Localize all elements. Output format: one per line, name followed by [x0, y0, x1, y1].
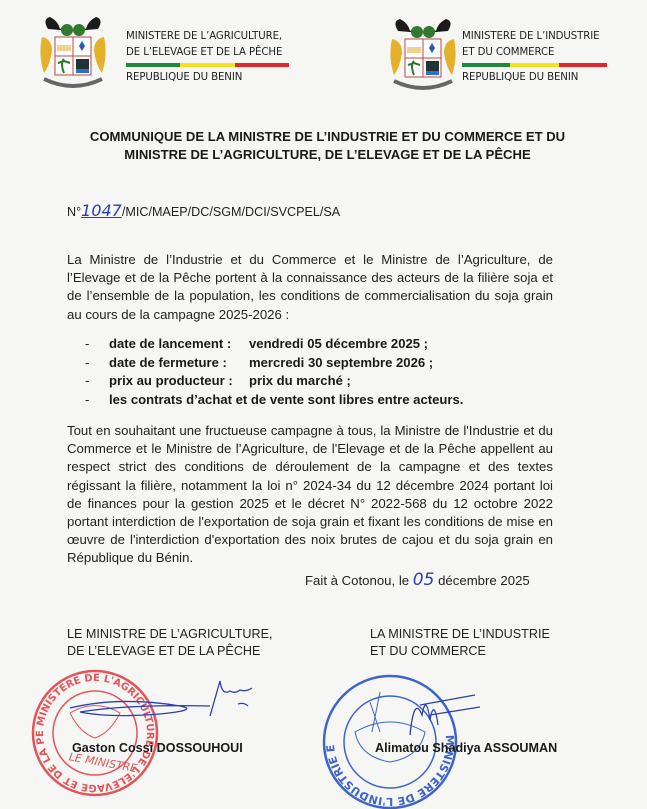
left-coat-of-arms — [38, 15, 108, 93]
title-line2: MINISTRE DE L’AGRICULTURE, DE L’ELEVAGE … — [40, 146, 615, 164]
place-date: Fait à Cotonou, le 05 décembre 2025 — [305, 570, 530, 590]
benin-coat-of-arms-icon — [38, 15, 108, 93]
list-item: -prix au producteur :prix du marché ; — [85, 372, 463, 391]
handwritten-day: 05 — [413, 570, 435, 590]
list-item: -date de lancement :vendredi 05 décembre… — [85, 335, 463, 354]
handwritten-number: 1047 — [81, 201, 122, 220]
left-ministry-line1: MINISTERE DE L’AGRICULTURE, — [126, 28, 289, 45]
right-handwritten-signature — [400, 685, 490, 745]
left-country: REPUBLIQUE DU BENIN — [126, 69, 289, 86]
flag-stripe — [462, 63, 607, 67]
reference-suffix: /MIC/MAEP/DC/SGM/DCI/SVCPEL/SA — [122, 205, 340, 219]
list-item: -date de fermeture :mercredi 30 septembr… — [85, 354, 463, 373]
right-ministry-header: MINISTERE DE L’INDUSTRIE ET DU COMMERCE … — [462, 28, 607, 86]
left-signatory-title: LE MINISTRE DE L’AGRICULTURE, DE L’ELEVA… — [67, 626, 273, 660]
right-signatory-name: Alimatou Shadiya ASSOUMAN — [375, 741, 557, 755]
left-ministry-header: MINISTERE DE L’AGRICULTURE, DE L’ELEVAGE… — [126, 28, 289, 86]
reference-prefix: N° — [67, 205, 81, 219]
left-ministry-line2: DE L’ELEVAGE ET DE LA PÊCHE — [126, 44, 289, 61]
list-item: -les contrats d’achat et de vente sont l… — [85, 391, 463, 410]
left-handwritten-signature — [60, 676, 260, 736]
left-signatory-name: Gaston Cossi DOSSOUHOUI — [72, 741, 243, 755]
intro-paragraph: La Ministre de l’Industrie et du Commerc… — [67, 251, 553, 324]
right-ministry-line1: MINISTERE DE L’INDUSTRIE — [462, 28, 607, 45]
right-ministry-line2: ET DU COMMERCE — [462, 44, 607, 61]
right-signatory-title: LA MINISTRE DE L’INDUSTRIE ET DU COMMERC… — [370, 626, 550, 660]
benin-coat-of-arms-icon — [388, 17, 458, 95]
right-country: REPUBLIQUE DU BENIN — [462, 69, 607, 86]
communique-title: COMMUNIQUE DE LA MINISTRE DE L’INDUSTRIE… — [40, 128, 615, 164]
reference-number: N°1047/MIC/MAEP/DC/SGM/DCI/SVCPEL/SA — [67, 201, 340, 220]
title-line1: COMMUNIQUE DE LA MINISTRE DE L’INDUSTRIE… — [40, 128, 615, 146]
closing-paragraph: Tout en souhaitant une fructueuse campag… — [67, 422, 553, 568]
conditions-list: -date de lancement :vendredi 05 décembre… — [85, 335, 463, 409]
flag-stripe — [126, 63, 289, 67]
right-coat-of-arms — [388, 17, 458, 95]
